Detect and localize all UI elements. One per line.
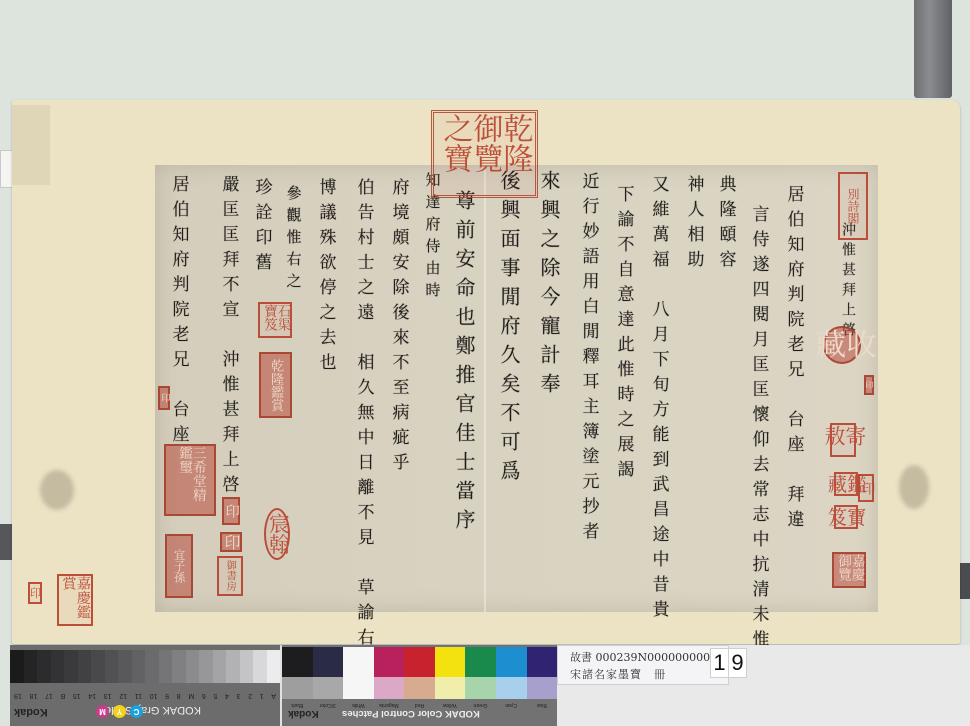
seal-mid-3: 印 bbox=[222, 497, 240, 525]
gray-step-number: B bbox=[61, 685, 66, 699]
calligraphy-column: 沖惟甚拜上啓 bbox=[838, 222, 858, 342]
gray-step-number: 6 bbox=[202, 685, 206, 699]
kodak-color-patches: BlueCyanGreenYellowRedMagentaWhite3/Colo… bbox=[282, 645, 557, 726]
seal-round: 收藏 bbox=[823, 326, 861, 364]
color-patch-light bbox=[527, 677, 558, 699]
calligraphy-column: 典隆頤容 bbox=[714, 175, 739, 275]
gray-step-number: 17 bbox=[45, 685, 53, 699]
seal-small-right: 印 bbox=[864, 375, 874, 395]
page-digit-2: 9 bbox=[728, 648, 747, 678]
color-patches-top bbox=[282, 647, 557, 677]
calligraphy-column: 府境頗安除後來不至病疵乎 bbox=[387, 178, 412, 478]
color-patch-light bbox=[282, 677, 313, 699]
seal-mid-2: 乾隆鑑賞 bbox=[259, 352, 292, 418]
gray-step bbox=[253, 650, 267, 683]
color-patch-label: White bbox=[343, 700, 374, 708]
gray-step bbox=[51, 650, 65, 683]
color-patches-title: KODAK Color Control Patches bbox=[342, 708, 480, 719]
seal-left-small: 印 bbox=[158, 386, 170, 410]
gray-step-number: 19 bbox=[14, 685, 22, 699]
gray-step-number: 3 bbox=[237, 685, 241, 699]
seal-mid-1: 石渠寶笈 bbox=[258, 302, 292, 338]
center-fold bbox=[484, 165, 486, 612]
calligraphy-column: 又維萬福 八月下旬方能到武昌途中昔貴 bbox=[647, 175, 672, 625]
gray-step-number: 14 bbox=[88, 685, 96, 699]
seal-text: 石渠寶笈 bbox=[261, 304, 288, 336]
gray-step bbox=[10, 650, 24, 683]
calligraphy-column: 近行妙語用白閒釋耳主簿塗元抄者 bbox=[577, 172, 602, 547]
gray-step-number: 4 bbox=[225, 685, 229, 699]
calligraphy-column: 居伯知府判院老兄 台座 拜違 bbox=[782, 185, 807, 535]
seal-text: 印 bbox=[29, 587, 40, 598]
gray-step bbox=[199, 650, 213, 683]
gray-step bbox=[213, 650, 227, 683]
color-patch-label: Black bbox=[282, 700, 313, 708]
gray-step-number: 11 bbox=[135, 685, 142, 699]
color-patch-label: Cyan bbox=[496, 700, 527, 708]
gray-step-number: 9 bbox=[165, 685, 169, 699]
color-patch bbox=[435, 647, 466, 677]
seal-text: 印 bbox=[865, 381, 873, 389]
calligraphy-column: 尊前安命也鄭推官佳士當序 bbox=[450, 190, 479, 538]
seal-text: 三希堂精鑑璽 bbox=[176, 446, 204, 514]
catalog-number: 故書 000239N000000000 bbox=[570, 649, 710, 665]
seal-gourd: 宸翰 bbox=[264, 508, 290, 560]
gray-step bbox=[105, 650, 119, 683]
calligraphy-column: 言侍遂四閱月匡匡懷仰去常志中抗清未惟 bbox=[747, 205, 772, 655]
gray-step-number: 1 bbox=[260, 685, 264, 699]
calligraphy-column: 神人相助 bbox=[682, 175, 707, 275]
gray-steps bbox=[10, 650, 280, 683]
color-patch-label: Blue bbox=[526, 700, 557, 708]
seal-text: 宜子孫 bbox=[173, 549, 184, 583]
seal-mid-5: 御書房 bbox=[217, 556, 243, 596]
seal-text: 印 bbox=[159, 393, 169, 403]
seal-mid-4: 印 bbox=[220, 532, 242, 552]
gray-step bbox=[132, 650, 146, 683]
calligraphy-column: 居伯知府判院老兄 台座 bbox=[167, 175, 192, 450]
seal-ji-yi: 寄敖 bbox=[830, 423, 856, 457]
seal-r3: 寶笈 bbox=[834, 505, 858, 529]
gray-step bbox=[91, 650, 105, 683]
gray-step bbox=[159, 650, 173, 683]
color-patch bbox=[404, 647, 435, 677]
color-patch-labels: BlueCyanGreenYellowRedMagentaWhite3/Colo… bbox=[282, 700, 557, 708]
gray-step-number: 5 bbox=[213, 685, 217, 699]
big-seal-text: 乾隆御覽之寶 bbox=[440, 113, 530, 195]
seal-text: 印 bbox=[223, 534, 239, 550]
gray-step bbox=[267, 650, 281, 683]
color-patch bbox=[282, 647, 313, 677]
cmy-dot-c: C bbox=[130, 705, 143, 718]
gray-step bbox=[186, 650, 200, 683]
calligraphy-column: 嚴匡匡拜不宣 沖惟甚拜上啓 bbox=[217, 175, 242, 500]
color-patch bbox=[374, 647, 405, 677]
seal-text: 印 bbox=[224, 504, 238, 518]
gray-step bbox=[226, 650, 240, 683]
seal-text: 乾隆鑑賞 bbox=[269, 359, 282, 412]
gray-step bbox=[240, 650, 254, 683]
color-patch-label: 3/Color bbox=[313, 700, 344, 708]
color-patch-light bbox=[343, 677, 374, 699]
stain-right bbox=[899, 465, 929, 509]
gray-step bbox=[118, 650, 132, 683]
seal-r2: 印 bbox=[858, 474, 874, 502]
calligraphy-column: 伯告村士之遠 相久無中日離不見 草諭右氏 bbox=[352, 178, 377, 678]
gray-step bbox=[172, 650, 186, 683]
color-patch bbox=[465, 647, 496, 677]
gray-step-numbers: A123456M89101112131415B171819 bbox=[10, 685, 280, 699]
kodak-logo: Kodak bbox=[288, 708, 319, 719]
color-patch bbox=[343, 647, 374, 677]
stain-left bbox=[40, 470, 74, 510]
seal-left-big: 三希堂精鑑璽 bbox=[164, 444, 216, 516]
color-patch bbox=[313, 647, 344, 677]
kodak-logo: Kodak bbox=[14, 706, 48, 718]
color-patch-light bbox=[313, 677, 344, 699]
cmy-dot-y: Y bbox=[113, 705, 126, 718]
seal-mount-left-1: 印 bbox=[28, 582, 42, 604]
gray-step bbox=[64, 650, 78, 683]
gray-step-number: A bbox=[271, 685, 276, 699]
color-patch-light bbox=[404, 677, 435, 699]
calligraphy-column: 博議殊欲停之去也 bbox=[314, 178, 339, 378]
gray-step bbox=[145, 650, 159, 683]
gray-step-number: 15 bbox=[73, 685, 81, 699]
calligraphy-column: 後興面事閒府久矣不可爲 bbox=[495, 170, 524, 489]
gray-step-number: 10 bbox=[150, 685, 158, 699]
gray-step bbox=[24, 650, 38, 683]
page-digit-1: 1 bbox=[710, 648, 729, 678]
seal-r1: 鑑藏 bbox=[834, 472, 858, 496]
color-patch-label: Magenta bbox=[374, 700, 405, 708]
gray-step bbox=[78, 650, 92, 683]
seal-left-tall: 宜子孫 bbox=[165, 534, 193, 598]
color-patch-light bbox=[465, 677, 496, 699]
seal-r4: 嘉慶御覽 bbox=[832, 552, 866, 588]
color-patch-light bbox=[374, 677, 405, 699]
top-clip bbox=[914, 0, 952, 98]
gray-step-number: M bbox=[188, 685, 194, 699]
stain-top-left bbox=[12, 105, 50, 185]
album-title: 宋諸名家墨寶 冊 bbox=[570, 666, 666, 682]
catalog-label: 故書 000239N000000000 宋諸名家墨寶 冊 1 9 bbox=[557, 645, 729, 685]
seal-text: 收藏 bbox=[812, 328, 873, 362]
gray-step-number: 2 bbox=[248, 685, 252, 699]
color-patches-bottom bbox=[282, 677, 557, 699]
qianlong-imperial-seal: 乾隆御覽之寶 bbox=[431, 110, 538, 198]
color-patch-light bbox=[496, 677, 527, 699]
kodak-gray-scale: A123456M89101112131415B171819 KODAK Gray… bbox=[10, 645, 280, 726]
cmy-dot-m: M bbox=[96, 705, 109, 718]
seal-text: 宸翰 bbox=[267, 513, 288, 555]
color-patch bbox=[496, 647, 527, 677]
seal-top-right: 別詩閣 bbox=[838, 172, 868, 240]
calligraphy-column: 珍詮印舊 bbox=[250, 178, 275, 278]
seal-mount-left-2: 嘉慶鑑賞 bbox=[57, 574, 93, 626]
seal-text: 別詩閣 bbox=[847, 188, 859, 224]
color-patch-label: Green bbox=[465, 700, 496, 708]
color-patch bbox=[527, 647, 558, 677]
color-patch-label: Red bbox=[404, 700, 435, 708]
seal-text: 寄敖 bbox=[822, 425, 864, 455]
seal-text: 印 bbox=[860, 482, 873, 495]
gray-step-number: 13 bbox=[104, 685, 112, 699]
calligraphy-column: 下諭不自意達此惟時之展謁 bbox=[612, 185, 637, 485]
seal-text: 寶笈 bbox=[827, 507, 865, 527]
gray-step-number: 8 bbox=[177, 685, 181, 699]
seal-text: 嘉慶鑑賞 bbox=[61, 576, 90, 624]
color-patch-light bbox=[435, 677, 466, 699]
gray-step-number: 12 bbox=[119, 685, 127, 699]
color-patch-label: Yellow bbox=[435, 700, 466, 708]
calligraphy-column: 參觀惟右之 bbox=[284, 185, 305, 295]
seal-text: 御書房 bbox=[225, 560, 235, 591]
calligraphy-column: 來興之除今寵計奉 bbox=[535, 170, 564, 402]
gray-step bbox=[37, 650, 51, 683]
seal-text: 嘉慶御覽 bbox=[835, 554, 862, 586]
gray-step-number: 18 bbox=[30, 685, 38, 699]
